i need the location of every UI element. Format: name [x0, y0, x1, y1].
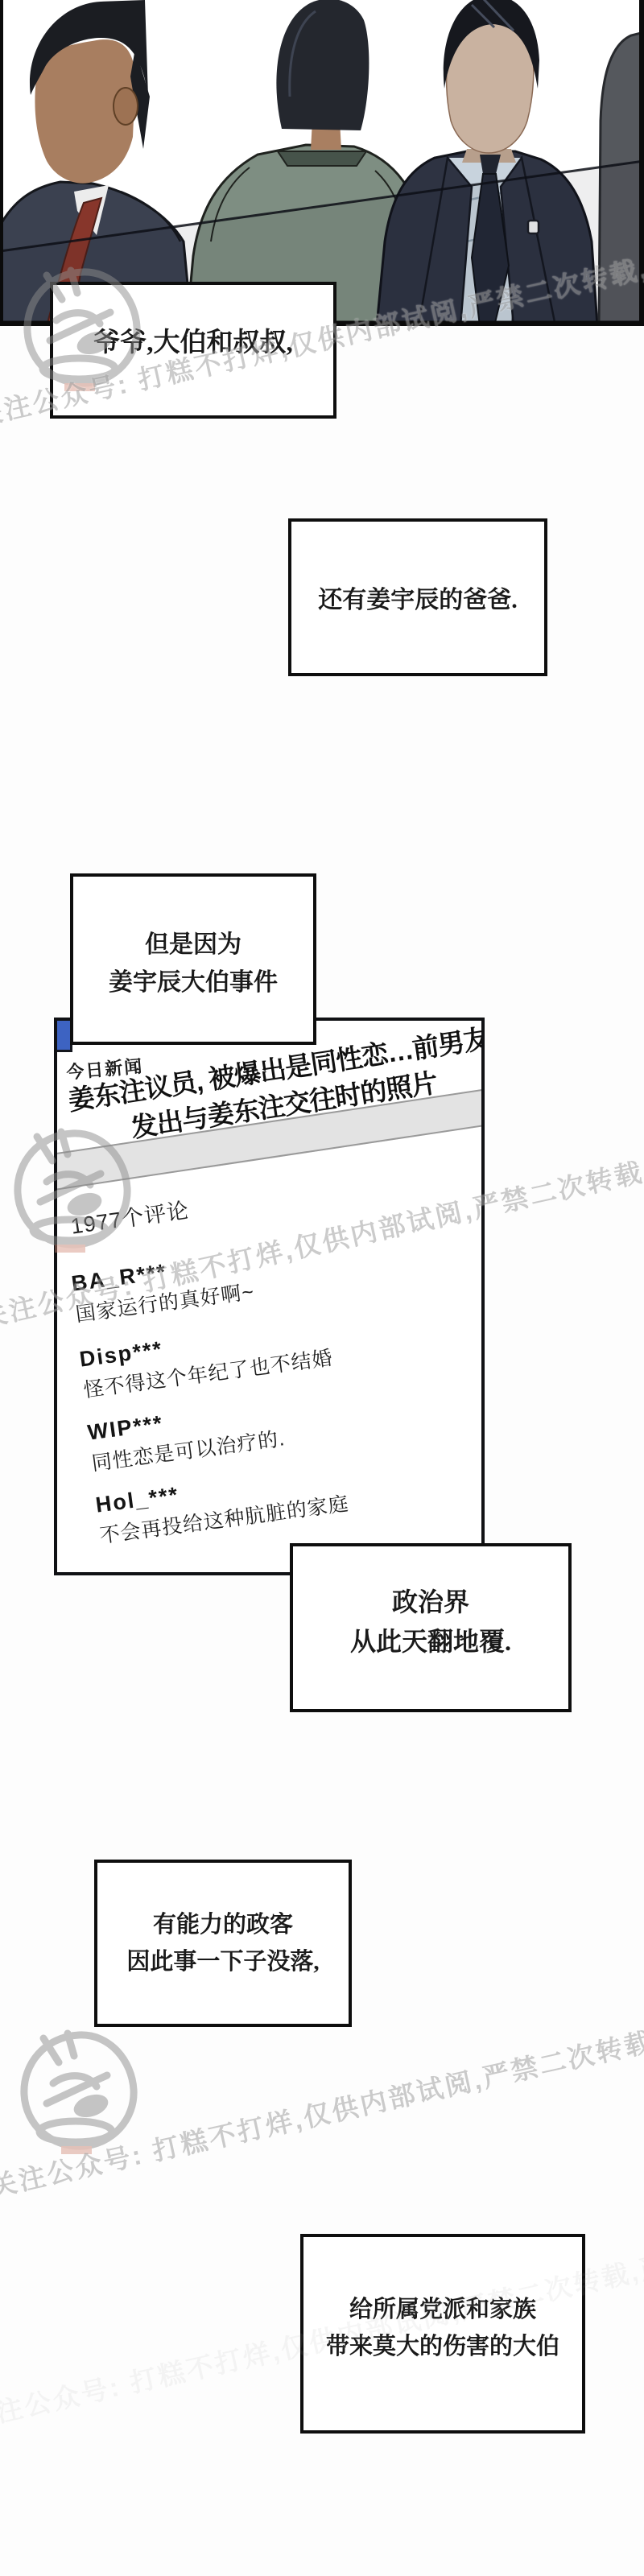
caption-line: 因此事一下子没落,	[126, 1943, 319, 1980]
caption-line: 政治界	[392, 1583, 469, 1622]
caption-line: 但是因为	[145, 926, 242, 964]
caption-box-5: 有能力的政客 因此事一下子没落,	[94, 1860, 352, 2027]
caption-box-4: 政治界 从此天翻地覆.	[290, 1543, 572, 1712]
caption-box-2: 还有姜宇辰的爸爸.	[288, 518, 547, 676]
caption-text: 还有姜宇辰的爸爸.	[318, 580, 518, 615]
stamp-red-mark	[61, 2146, 92, 2154]
suited-men-illustration	[0, 0, 644, 326]
suited-men-art	[0, 0, 644, 326]
webtoon-page: 爷爷,大伯和叔叔, 还有姜宇辰的爸爸. 但是因为 姜宇辰大伯事件 政治界 从此天…	[0, 0, 644, 2576]
comments-count: 1977个评论	[68, 1192, 191, 1240]
caption-box-3: 但是因为 姜宇辰大伯事件	[70, 873, 316, 1045]
news-article-panel: 今日新闻 姜东注议员, 被爆出是同性恋…前男友 发出与姜东注交往时的照片 197…	[54, 1018, 485, 1575]
caption-line: 带来莫大的伤害的大伯	[326, 2328, 559, 2365]
caption-line: 给所属党派和家族	[349, 2291, 536, 2328]
rabbit-stamp-icon	[14, 2027, 143, 2164]
caption-line: 姜宇辰大伯事件	[109, 964, 278, 1001]
caption-line: 从此天翻地覆.	[350, 1622, 511, 1662]
caption-box-1: 爷爷,大伯和叔叔,	[50, 282, 336, 419]
caption-text: 爷爷,大伯和叔叔,	[93, 321, 293, 359]
caption-box-6: 给所属党派和家族 带来莫大的伤害的大伯	[300, 2234, 585, 2434]
ear	[114, 88, 138, 125]
caption-line: 有能力的政客	[153, 1906, 293, 1943]
